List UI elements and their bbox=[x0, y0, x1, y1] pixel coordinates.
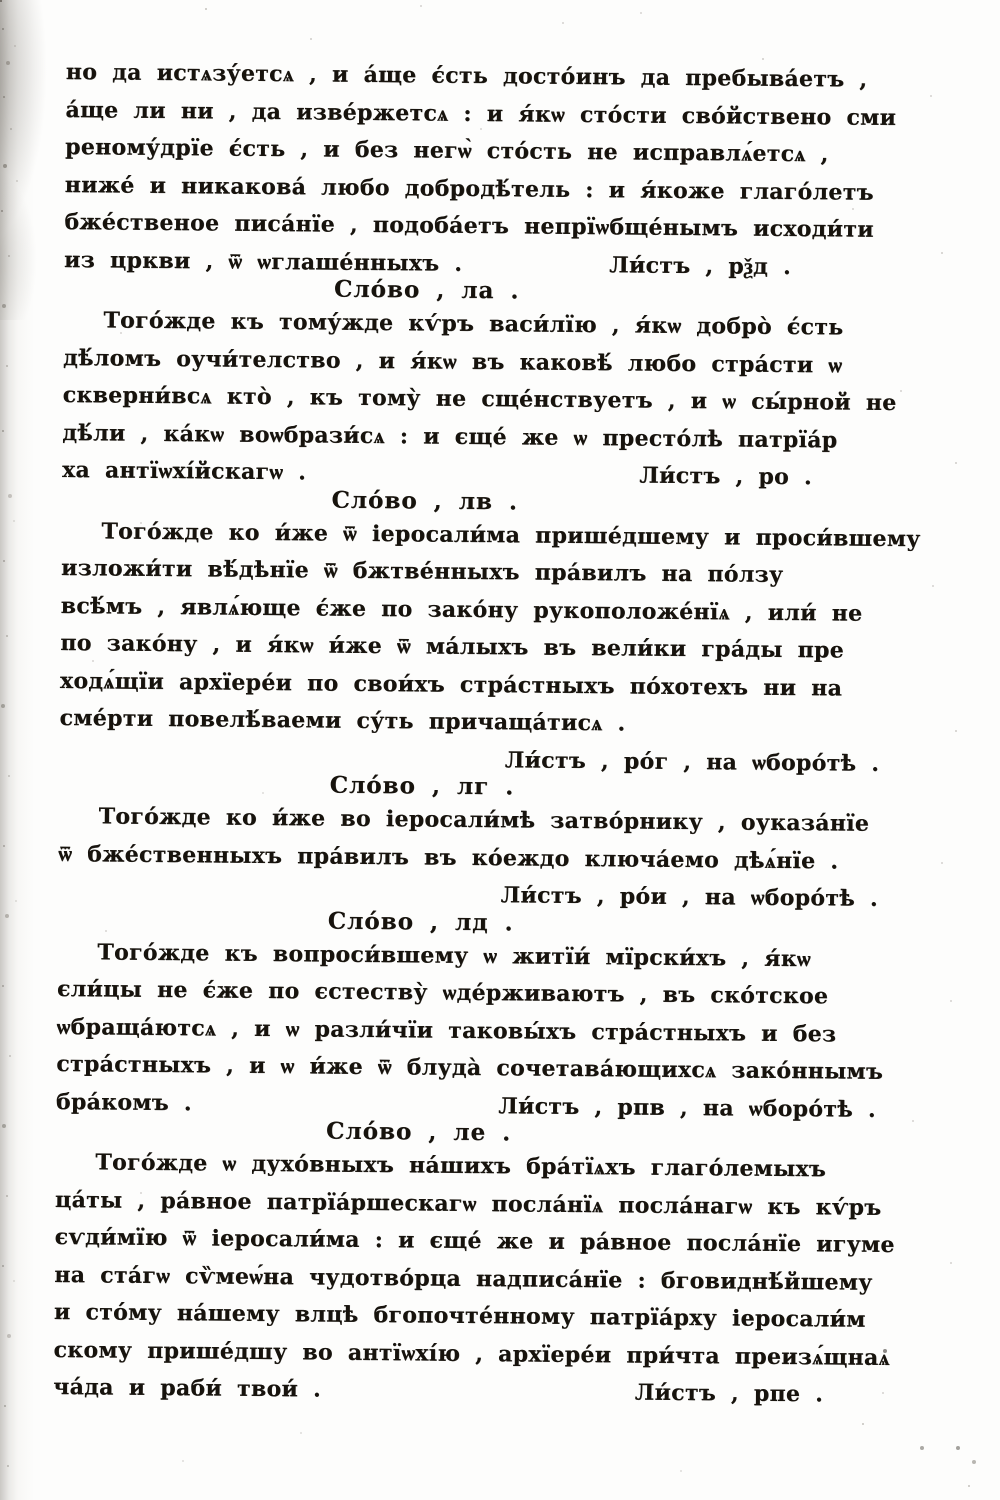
line-text: ѿ бже́ственныхъ пра́вилъ въ ко́еждо ключ… bbox=[58, 835, 838, 880]
line-text: ча́да и раби́ твои́ . bbox=[53, 1369, 321, 1409]
scanned-book-page: но да истѧзу́етсѧ , и а́ще є́сть досто́и… bbox=[0, 0, 1000, 1500]
toc-entry-slovo-33: Того́жде ко и́же во іеросали́мѣ затво́рн… bbox=[58, 798, 881, 918]
toc-entry-continuation: но да истѧзу́етсѧ , и а́ще є́сть досто́и… bbox=[64, 54, 888, 287]
toc-entry-slovo-34: Того́жде къ вопроси́вшему ѡ житїи́ мїрск… bbox=[56, 933, 880, 1128]
toc-entry-slovo-32: Того́жде ко и́же ѿ іеросали́ма прише́дше… bbox=[59, 512, 883, 782]
text-line: сме́рти повелѣ́ваеми су́ть причаща́тисѧ … bbox=[59, 700, 881, 745]
toc-entry-slovo-35: Того́жде ѡ духо́вныхъ на́шихъ бра́тїѧхъ … bbox=[53, 1144, 877, 1414]
scan-noise-edge bbox=[0, 0, 2, 2]
scan-noise-bottom-right bbox=[0, 0, 2, 2]
text-line: ча́да и раби́ твои́ .Ли́стъ , рпе . bbox=[53, 1369, 875, 1414]
toc-text-block: но да истѧзу́етсѧ , и а́ще є́сть досто́и… bbox=[53, 54, 888, 1414]
toc-entry-slovo-31: Того́жде къ тому́жде кѵ́ръ васи́лїю , я́… bbox=[62, 302, 886, 497]
scan-noise-scatter bbox=[0, 0, 2, 2]
scan-edge-shadow bbox=[0, 0, 34, 1500]
text-line: ѿ бже́ственныхъ пра́вилъ въ ко́еждо ключ… bbox=[58, 835, 880, 880]
line-text: сме́рти повелѣ́ваеми су́ть причаща́тисѧ … bbox=[59, 700, 625, 743]
leaf-number: Ли́стъ , рпе . bbox=[635, 1375, 824, 1414]
